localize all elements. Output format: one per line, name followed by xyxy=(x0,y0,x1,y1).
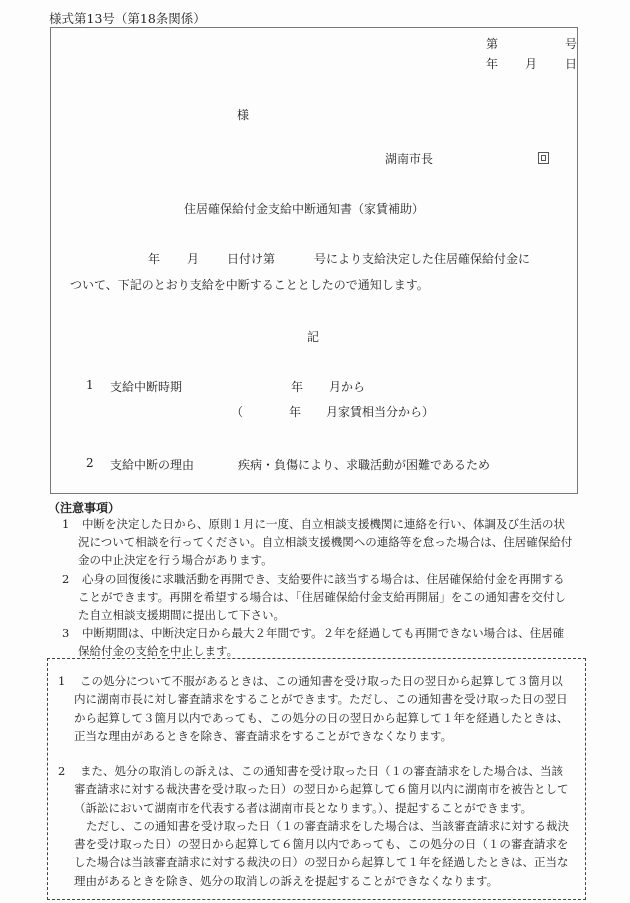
date-month: 月 xyxy=(525,55,537,72)
note-1: 1中断を決定した日から、原則１月に一度、自立相談支援機関に連絡を行い、体調及び生… xyxy=(62,515,587,570)
issuer: 湖南市長 xyxy=(385,150,433,167)
date-day: 日 xyxy=(565,55,577,72)
appeal-item-2: 2また、処分の取消しの訴えは、この通知書を受け取った日（１の審査請求をした場合は… xyxy=(58,762,578,890)
note-2: 2心身の回復後に求職活動を再開でき、支給要件に該当する場合は、住居確保給付金を再… xyxy=(62,570,587,625)
note-3: 3中断期間は、中断決定日から最大２年間です。２年を経過しても再開できない場合は、… xyxy=(62,624,587,660)
recipient-suffix: 様 xyxy=(237,106,249,123)
appeal-item-1: 1この処分について不服があるときは、この通知書を受け取った日の翌日から起算して３… xyxy=(58,672,578,745)
number-prefix: 第 xyxy=(486,35,498,52)
ki-heading: 記 xyxy=(307,328,319,345)
notes-title: （注意事項） xyxy=(48,499,120,516)
seal-stamp-icon xyxy=(538,152,549,167)
appeal-info-box: 1この処分について不服があるときは、この通知書を受け取った日の翌日から起算して３… xyxy=(47,658,586,900)
document-title: 住居確保給付金支給中断通知書（家賃補助） xyxy=(184,200,424,217)
form-id: 様式第13号（第18条関係） xyxy=(49,9,206,27)
number-suffix: 号 xyxy=(565,35,577,52)
body-line-2: ついて、下記のとおり支給を中断することとしたので通知します。 xyxy=(70,276,429,293)
date-year: 年 xyxy=(486,55,498,72)
notice-box: 第 号 年 月 日 様 湖南市長 住居確保給付金支給中断通知書（家賃補助） 年 … xyxy=(50,27,578,494)
